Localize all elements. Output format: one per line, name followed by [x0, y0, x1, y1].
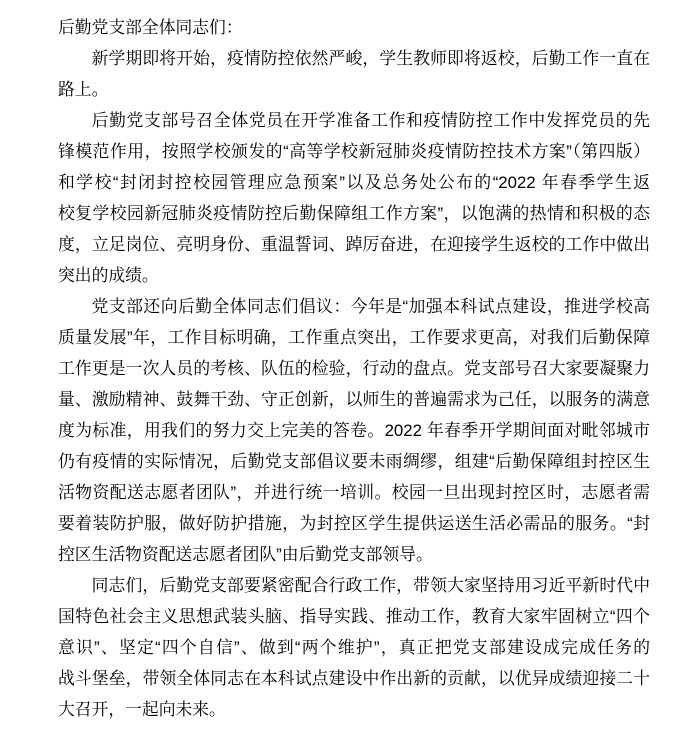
document-page: 后勤党支部全体同志们： 新学期即将开始，疫情防控依然严峻，学生教师即将返校，后勤…	[0, 0, 676, 730]
paragraph-closing: 同志们，后勤党支部要紧密配合行政工作，带领大家坚持用习近平新时代中 国特色社会主…	[58, 570, 650, 725]
text-line: 突出的成绩。	[58, 260, 650, 291]
text-line: 仍有疫情的实际情况，后勤党支部倡议要未雨绸缪，组建“后勤保障组封控区生	[58, 446, 650, 477]
text-line: 党支部还向后勤全体同志们倡议：今年是“加强本科试点建设，推进学校高	[58, 291, 650, 322]
text-line: 工作更是一次人员的考核、队伍的检验，行动的盘点。党支部号召大家要凝聚力	[58, 353, 650, 384]
text-line: 新学期即将开始，疫情防控依然严峻，学生教师即将返校，后勤工作一直在	[58, 43, 650, 74]
text-line: 要着装防护服，做好防护措施，为封控区学生提供运送生活必需品的服务。“封	[58, 508, 650, 539]
text-line: 后勤党支部号召全体党员在开学准备工作和疫情防控工作中发挥党员的先	[58, 105, 650, 136]
paragraph-intro: 新学期即将开始，疫情防控依然严峻，学生教师即将返校，后勤工作一直在 路上。	[58, 43, 650, 105]
text-line: 和学校“封闭封控校园管理应急预案”以及总务处公布的“2022 年春季学生返	[58, 167, 650, 198]
text-line: 战斗堡垒，带领全体同志在本科试点建设中作出新的贡献，以优异成绩迎接二十	[58, 663, 650, 694]
text-line: 锋模范作用，按照学校颁发的“高等学校新冠肺炎疫情防控技术方案”（第四版）	[58, 136, 650, 167]
text-line: 量、激励精神、鼓舞干劲、守正创新，以师生的普遍需求为己任，以服务的满意	[58, 384, 650, 415]
text-line: 度，立足岗位、亮明身份、重温誓词、踔厉奋进，在迎接学生返校的工作中做出	[58, 229, 650, 260]
paragraph-call-to-action: 后勤党支部号召全体党员在开学准备工作和疫情防控工作中发挥党员的先 锋模范作用，按…	[58, 105, 650, 291]
text-line: 同志们，后勤党支部要紧密配合行政工作，带领大家坚持用习近平新时代中	[58, 570, 650, 601]
text-line: 校复学校园新冠肺炎疫情防控后勤保障组工作方案”，以饱满的热情和积极的态	[58, 198, 650, 229]
text-line: 意识”、坚定“四个自信”、做到“两个维护”，真正把党支部建设成完成任务的	[58, 632, 650, 663]
text-line: 度为标准，用我们的努力交上完美的答卷。2022 年春季开学期间面对毗邻城市	[58, 415, 650, 446]
text-line: 大召开，一起向未来。	[58, 694, 650, 725]
letter-body: 后勤党支部全体同志们： 新学期即将开始，疫情防控依然严峻，学生教师即将返校，后勤…	[58, 0, 650, 725]
salutation-line: 后勤党支部全体同志们：	[58, 12, 650, 43]
paragraph-proposal: 党支部还向后勤全体同志们倡议：今年是“加强本科试点建设，推进学校高 质量发展”年…	[58, 291, 650, 570]
text-line: 控区生活物资配送志愿者团队”由后勤党支部领导。	[58, 539, 650, 570]
text-line: 路上。	[58, 74, 650, 105]
text-line: 质量发展”年，工作目标明确，工作重点突出，工作要求更高，对我们后勤保障	[58, 322, 650, 353]
text-line: 活物资配送志愿者团队”，并进行统一培训。校园一旦出现封控区时，志愿者需	[58, 477, 650, 508]
text-line: 国特色社会主义思想武装头脑、指导实践、推动工作，教育大家牢固树立“四个	[58, 601, 650, 632]
